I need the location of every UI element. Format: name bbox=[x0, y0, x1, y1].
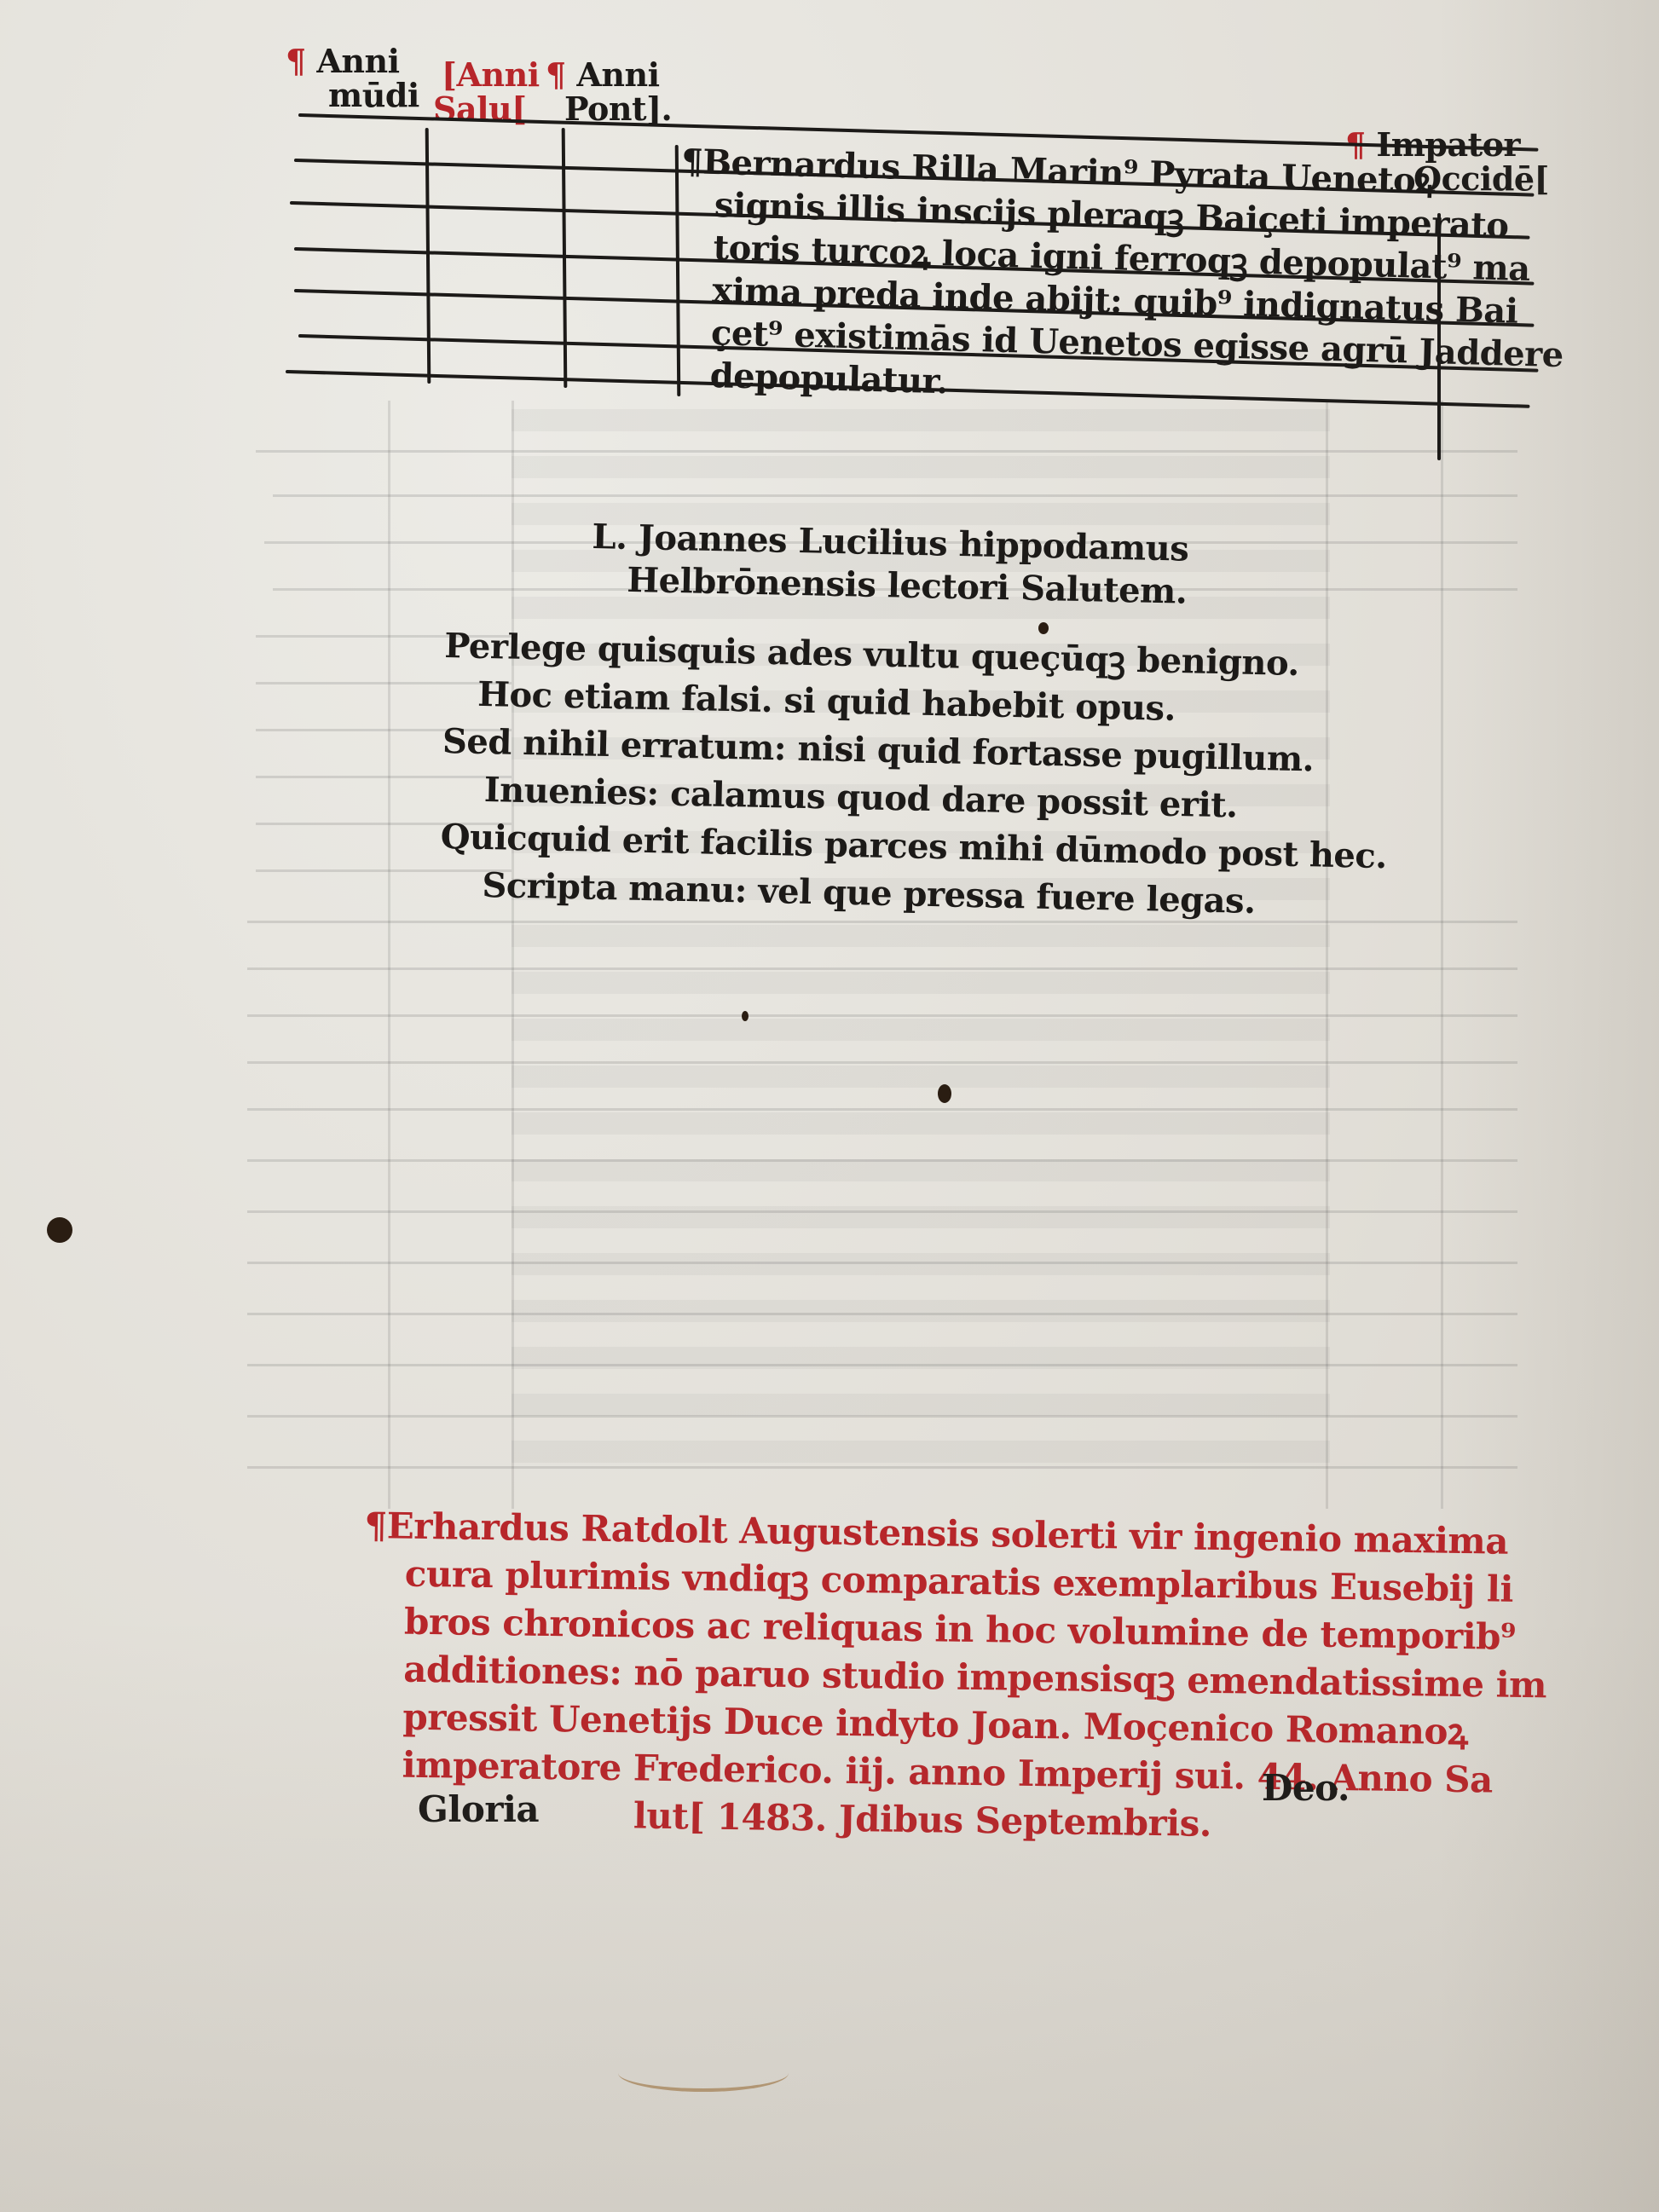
header-anni-pont: ¶ Anni Pont]. bbox=[546, 58, 672, 126]
table-column-rule bbox=[425, 128, 431, 384]
show-through-rule bbox=[247, 1210, 1517, 1213]
chronicle-entry: ¶Bernardus Rilla Marin⁹ Pyrata Uenetoꝝ s… bbox=[675, 141, 1568, 419]
poem-body: Perlege quisquis ades vultu queçūqꝫ beni… bbox=[439, 622, 1391, 928]
show-through-rule bbox=[247, 1262, 1517, 1264]
show-through-rule bbox=[247, 1014, 1517, 1017]
show-through-rule bbox=[1326, 401, 1328, 1509]
book-page: ¶ Anni mūdi [Anni Salu[ ¶ Anni Pont]. ¶ … bbox=[0, 0, 1659, 2212]
poem-heading: L. Joannes Lucilius hippodamus Helbrōnen… bbox=[591, 516, 1189, 614]
show-through-rule bbox=[247, 1108, 1517, 1111]
pilcrow-icon: ¶ bbox=[546, 58, 566, 92]
show-through-rule bbox=[247, 1364, 1517, 1366]
show-through-rule bbox=[247, 1313, 1517, 1315]
header-anni-mundi: ¶ Anni mūdi bbox=[286, 44, 419, 113]
show-through-rule bbox=[247, 1466, 1517, 1469]
pilcrow-icon: ¶ bbox=[286, 44, 306, 78]
show-through-rule bbox=[388, 401, 390, 1509]
wormhole bbox=[742, 1011, 749, 1021]
pilcrow-icon: ¶ bbox=[681, 141, 703, 184]
wormhole bbox=[938, 1084, 951, 1103]
show-through-rule bbox=[247, 1061, 1517, 1064]
show-through-rule bbox=[273, 494, 1517, 497]
show-through-rule bbox=[247, 1159, 1517, 1162]
wormhole bbox=[1038, 622, 1049, 634]
header-anni-salutis: [Anni Salu[ bbox=[442, 58, 540, 126]
show-through-rule bbox=[256, 450, 1517, 453]
show-through-rule bbox=[512, 401, 514, 1509]
header-anni-mundi-line2: mūdi bbox=[328, 76, 419, 114]
header-anni-pont-line1: Anni bbox=[576, 55, 659, 94]
show-through-rule bbox=[247, 967, 1517, 970]
pilcrow-icon: ¶ bbox=[364, 1502, 387, 1550]
wormhole bbox=[47, 1217, 72, 1243]
show-through-rule bbox=[247, 1415, 1517, 1418]
header-anni-salutis-line1: [Anni bbox=[442, 55, 540, 94]
header-anni-mundi-line1: Anni bbox=[316, 42, 399, 80]
page-shadow bbox=[0, 1615, 1659, 2212]
